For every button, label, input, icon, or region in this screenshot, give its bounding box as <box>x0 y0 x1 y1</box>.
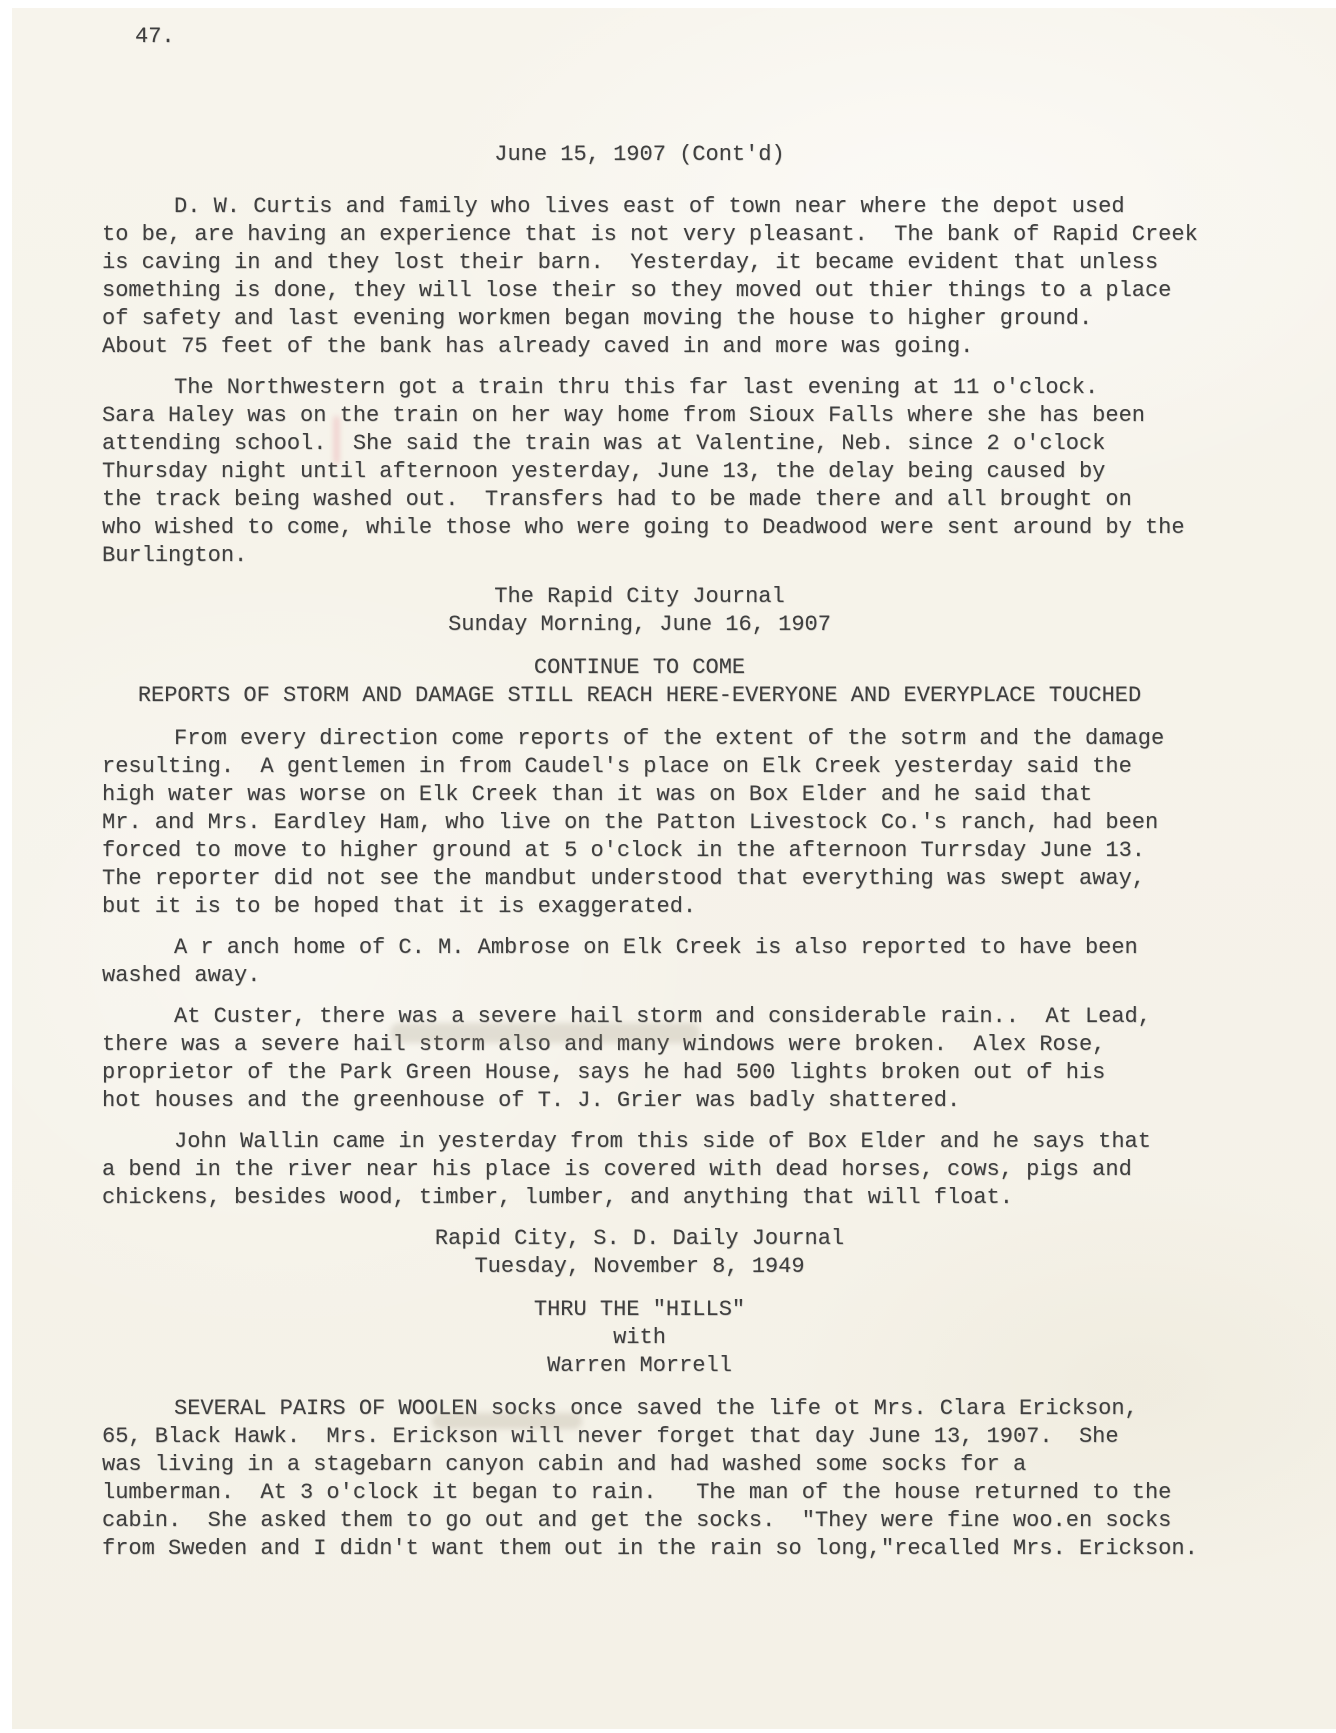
text-line: there was a severe hail storm also and m… <box>102 1031 1177 1059</box>
text-line: REPORTS OF STORM AND DAMAGE STILL REACH … <box>102 682 1177 710</box>
text-line: Sunday Morning, June 16, 1907 <box>102 611 1177 639</box>
text-line: From every direction come reports of the… <box>102 725 1177 753</box>
text-line: with <box>102 1324 1177 1352</box>
centered-heading-block: The Rapid City JournalSunday Morning, Ju… <box>102 583 1177 639</box>
paragraph: At Custer, there was a severe hail storm… <box>102 1003 1177 1115</box>
text-line: The reporter did not see the mandbut und… <box>102 865 1177 893</box>
text-line: something is done, they will lose their … <box>102 277 1177 305</box>
text-line: hot houses and the greenhouse of T. J. G… <box>102 1087 1177 1115</box>
text-line: is caving in and they lost their barn. Y… <box>102 249 1177 277</box>
centered-heading-block: CONTINUE TO COMEREPORTS OF STORM AND DAM… <box>102 654 1177 710</box>
text-line: D. W. Curtis and family who lives east o… <box>102 193 1177 221</box>
text-line: high water was worse on Elk Creek than i… <box>102 781 1177 809</box>
paragraph: D. W. Curtis and family who lives east o… <box>102 193 1177 361</box>
text-line: resulting. A gentlemen in from Caudel's … <box>102 753 1177 781</box>
text-line: Thursday night until afternoon yesterday… <box>102 458 1177 486</box>
text-line: from Sweden and I didn't want them out i… <box>102 1535 1177 1563</box>
text-line: Burlington. <box>102 542 1177 570</box>
text-line: chickens, besides wood, timber, lumber, … <box>102 1184 1177 1212</box>
text-line: About 75 feet of the bank has already ca… <box>102 333 1177 361</box>
text-line: June 15, 1907 (Cont'd) <box>102 141 1177 169</box>
text-line: A r anch home of C. M. Ambrose on Elk Cr… <box>102 934 1177 962</box>
page-number: 47. <box>135 24 175 49</box>
paragraph: John Wallin came in yesterday from this … <box>102 1128 1177 1212</box>
paragraph: A r anch home of C. M. Ambrose on Elk Cr… <box>102 934 1177 990</box>
text-line: Mr. and Mrs. Eardley Ham, who live on th… <box>102 809 1177 837</box>
text-line: a bend in the river near his place is co… <box>102 1156 1177 1184</box>
paragraph: The Northwestern got a train thru this f… <box>102 374 1177 570</box>
text-line: Sara Haley was on the train on her way h… <box>102 402 1177 430</box>
centered-heading-block: THRU THE "HILLS"withWarren Morrell <box>102 1296 1177 1380</box>
text-line: 65, Black Hawk. Mrs. Erickson will never… <box>102 1423 1177 1451</box>
text-line: but it is to be hoped that it is exagger… <box>102 893 1177 921</box>
text-line: the track being washed out. Transfers ha… <box>102 486 1177 514</box>
text-line: The Northwestern got a train thru this f… <box>102 374 1177 402</box>
centered-heading-block: June 15, 1907 (Cont'd) <box>102 141 1177 169</box>
text-line: John Wallin came in yesterday from this … <box>102 1128 1177 1156</box>
text-line: was living in a stagebarn canyon cabin a… <box>102 1451 1177 1479</box>
paragraph: SEVERAL PAIRS OF WOOLEN socks once saved… <box>102 1395 1177 1563</box>
text-line: SEVERAL PAIRS OF WOOLEN socks once saved… <box>102 1395 1177 1423</box>
text-line: Rapid City, S. D. Daily Journal <box>102 1225 1177 1253</box>
text-line: washed away. <box>102 962 1177 990</box>
document-content: June 15, 1907 (Cont'd)D. W. Curtis and f… <box>102 141 1177 1576</box>
scanned-document-page: 47. June 15, 1907 (Cont'd)D. W. Curtis a… <box>12 8 1336 1729</box>
text-line: THRU THE "HILLS" <box>102 1296 1177 1324</box>
text-line: forced to move to higher ground at 5 o'c… <box>102 837 1177 865</box>
text-line: CONTINUE TO COME <box>102 654 1177 682</box>
text-line: lumberman. At 3 o'clock it began to rain… <box>102 1479 1177 1507</box>
text-line: At Custer, there was a severe hail storm… <box>102 1003 1177 1031</box>
text-line: of safety and last evening workmen began… <box>102 305 1177 333</box>
text-line: who wished to come, while those who were… <box>102 514 1177 542</box>
text-line: The Rapid City Journal <box>102 583 1177 611</box>
text-line: cabin. She asked them to go out and get … <box>102 1507 1177 1535</box>
text-line: proprietor of the Park Green House, says… <box>102 1059 1177 1087</box>
text-line: attending school. She said the train was… <box>102 430 1177 458</box>
centered-heading-block: Rapid City, S. D. Daily JournalTuesday, … <box>102 1225 1177 1281</box>
text-line: Tuesday, November 8, 1949 <box>102 1253 1177 1281</box>
paragraph: From every direction come reports of the… <box>102 725 1177 921</box>
text-line: to be, are having an experience that is … <box>102 221 1177 249</box>
text-line: Warren Morrell <box>102 1352 1177 1380</box>
